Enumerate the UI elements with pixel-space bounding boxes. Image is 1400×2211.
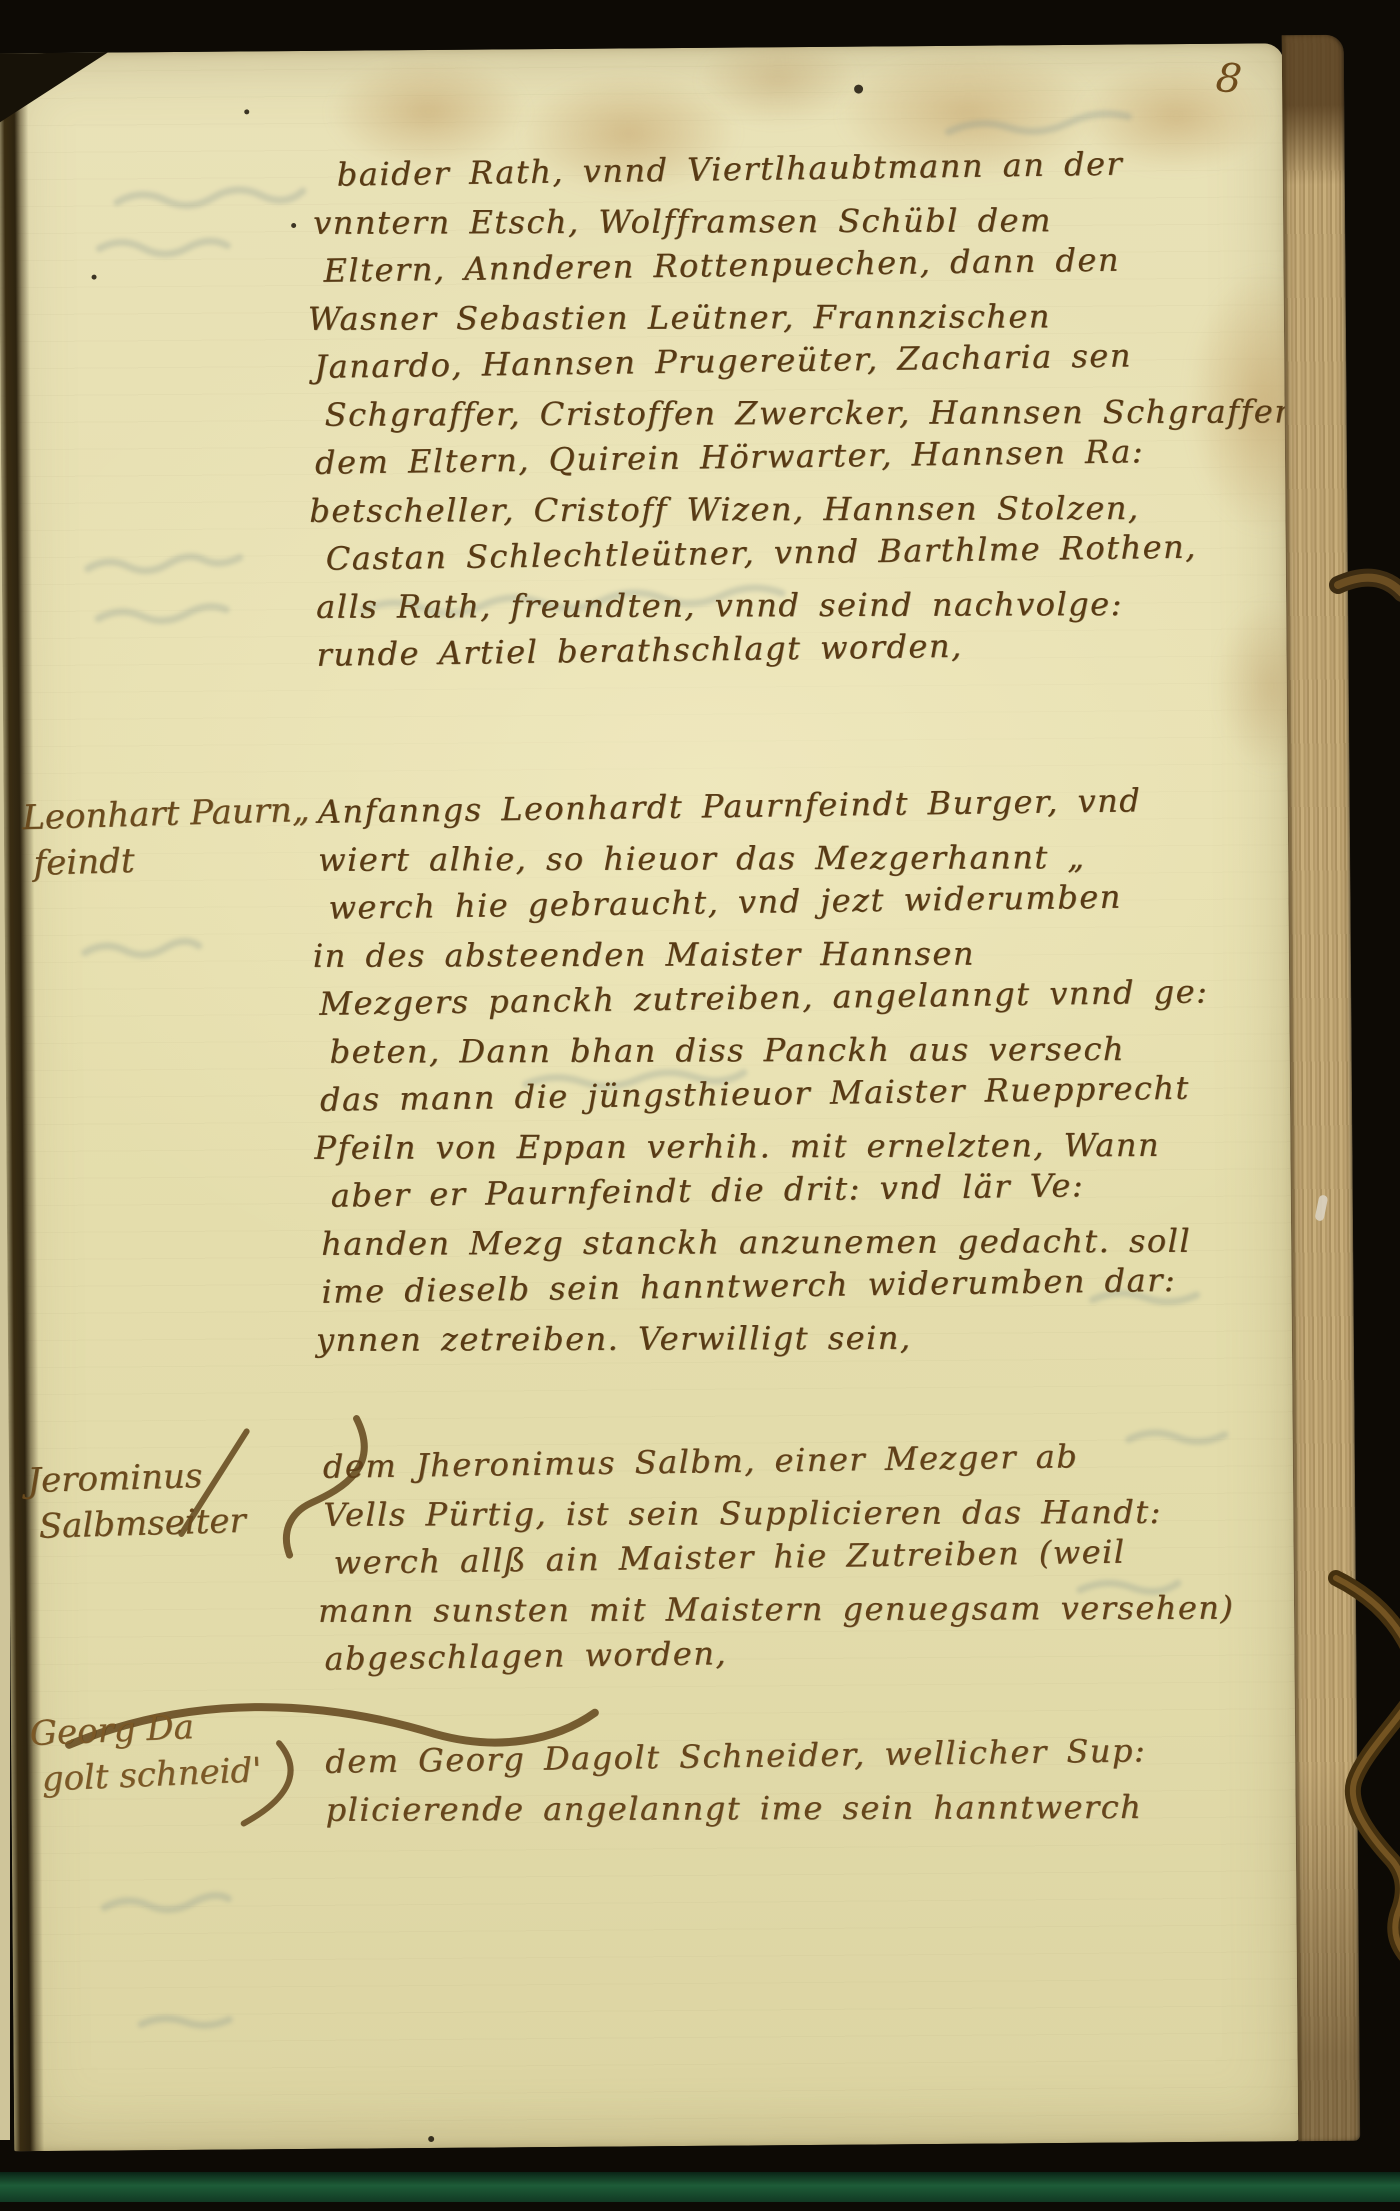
margin-note-georg: Georg Da golt schneid' [29, 1698, 333, 1803]
ink-speck [92, 275, 97, 280]
ink-speck [291, 223, 296, 228]
margin-note-line: feindt [33, 833, 324, 887]
margin-note-jeronimus: Jerominus Salbmseiter [27, 1450, 330, 1551]
manuscript-page: 8 baider Rath, vnnd Viertlhaubtmann an d… [0, 43, 1300, 2151]
handwritten-line: baider Rath, vnnd Viertlhaubtmann an der [336, 137, 1291, 198]
handwritten-line: Anfanngs Leonhardt Paurnfeindt Burger, v… [317, 774, 1296, 836]
text-block-jeronimus-entry: dem Jheronimus Salbm, einer Mezger ab Ve… [323, 1435, 1301, 1683]
margin-note-line: Salbmseiter [38, 1495, 329, 1549]
ink-speck [244, 109, 249, 114]
handwritten-line: dem Jheronimus Salbm, einer Mezger ab [323, 1429, 1301, 1491]
handwritten-line: dem Georg Dagolt Schneider, wellicher Su… [325, 1724, 1300, 1786]
margin-note-leonhart-paurnfeindt: Leonhart Paurn„ feindt [22, 787, 325, 888]
text-block-council-list: baider Rath, vnnd Viertlhaubtmann an der… [313, 143, 1295, 679]
handwritten-line: plicierende angelanngt ime sein hanntwer… [326, 1782, 1301, 1833]
open-book: 8 baider Rath, vnnd Viertlhaubtmann an d… [0, 35, 1366, 2158]
handwritten-line: ynnen zetreiben. Verwilligt sein, [316, 1312, 1300, 1363]
paper-fleck [1314, 1194, 1328, 1221]
folio-number: 8 [1214, 55, 1278, 107]
water-stain [698, 43, 859, 126]
text-block-paurnfeindt-entry: Anfanngs Leonhardt Paurnfeindt Burger, v… [318, 780, 1300, 1364]
ink-speck [854, 85, 863, 94]
margin-note-line: Leonhart Paurn„ [22, 787, 323, 842]
manuscript-scan: 8 baider Rath, vnnd Viertlhaubtmann an d… [0, 0, 1400, 2211]
text-block-georg-entry: dem Georg Dagolt Schneider, wellicher Su… [325, 1730, 1300, 1834]
green-baize-strip [0, 2172, 1400, 2202]
ink-speck [428, 2136, 434, 2142]
